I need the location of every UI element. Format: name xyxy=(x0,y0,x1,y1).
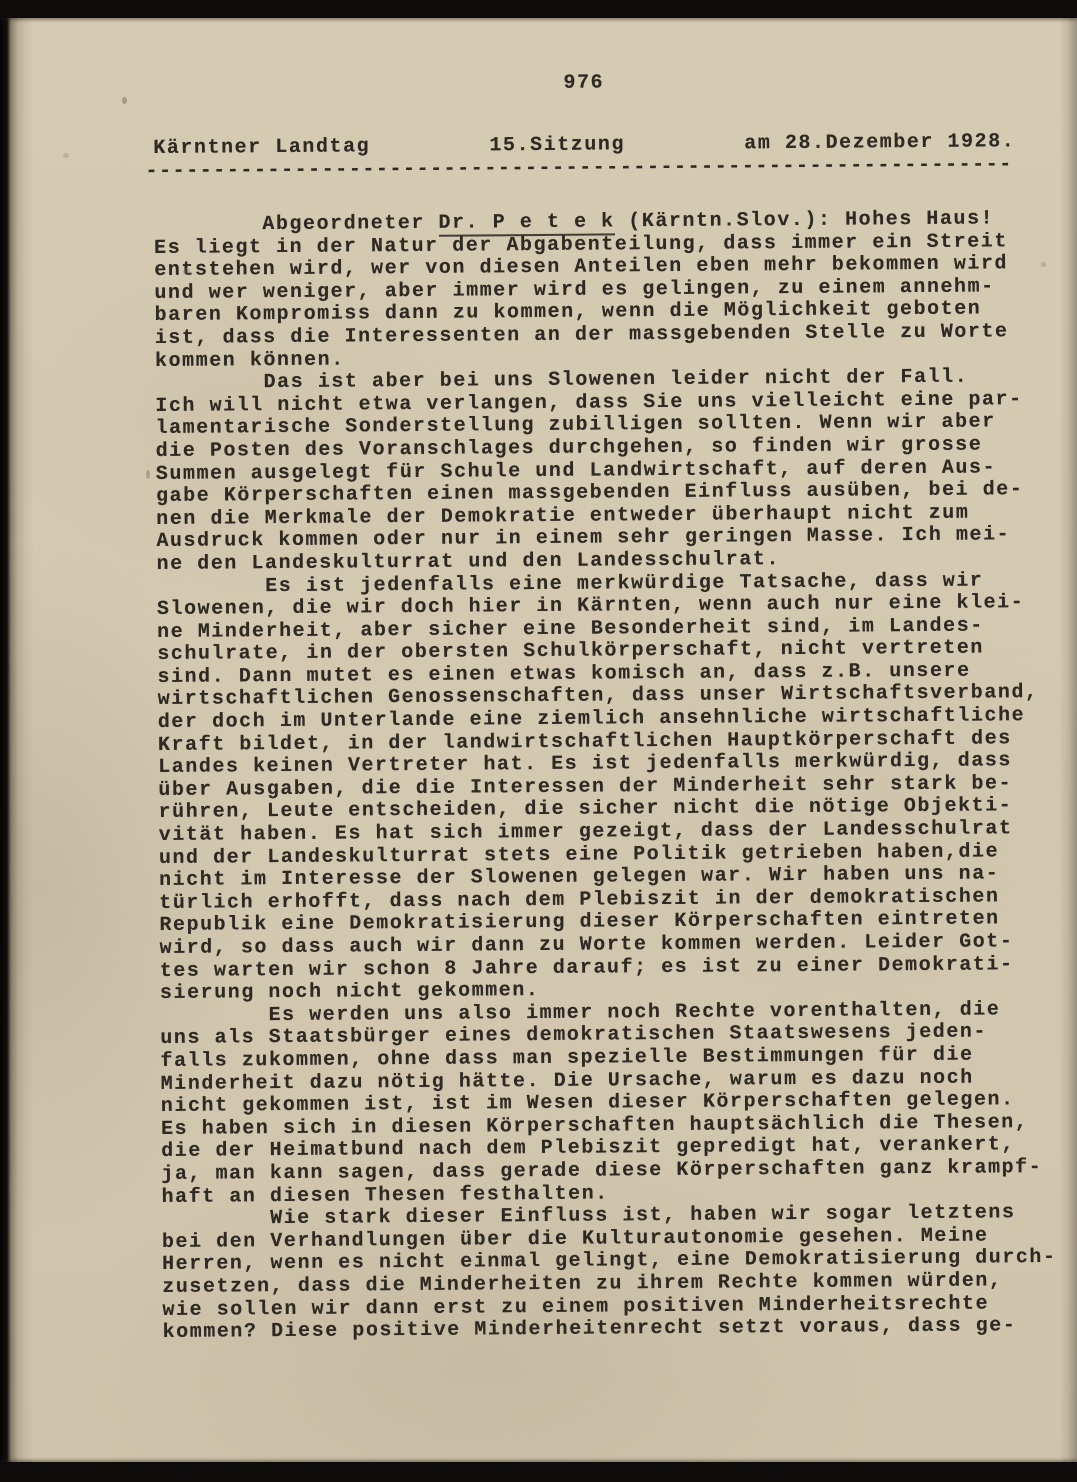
scan-band-top xyxy=(0,0,1077,18)
speech-paragraph: Wie stark dieser Einfluss ist, haben wir… xyxy=(162,1202,1043,1344)
scan-edge-left xyxy=(0,0,34,1482)
speaker-intro: Abgeordneter xyxy=(154,212,439,237)
speech-paragraph: Es werden uns also immer noch Rechte vor… xyxy=(160,999,1042,1209)
scanned-page: 976 Kärntner Landtag 15.Sitzung am 28.De… xyxy=(0,0,1077,1482)
header-date: am 28.Dezember 1928. xyxy=(744,130,1015,155)
speech-paragraph: Das ist aber bei uns Slowenen leider nic… xyxy=(155,366,1037,576)
header-institution: Kärntner Landtag xyxy=(153,135,370,160)
header-session-number: 15.Sitzung xyxy=(489,133,625,157)
scan-edge-right xyxy=(1059,0,1077,1482)
page-number: 976 xyxy=(153,68,1015,98)
scan-band-bottom xyxy=(0,1462,1077,1482)
speech-body: Abgeordneter Dr. P e t e k (Kärntn.Slov.… xyxy=(154,208,1043,1345)
typewritten-sheet: 976 Kärntner Landtag 15.Sitzung am 28.De… xyxy=(0,0,1077,1482)
speech-paragraph-opening: Abgeordneter Dr. P e t e k (Kärntn.Slov.… xyxy=(154,208,1035,373)
speech-paragraph: Es ist jedenfalls eine merkwürdige Tatsa… xyxy=(157,570,1040,1006)
